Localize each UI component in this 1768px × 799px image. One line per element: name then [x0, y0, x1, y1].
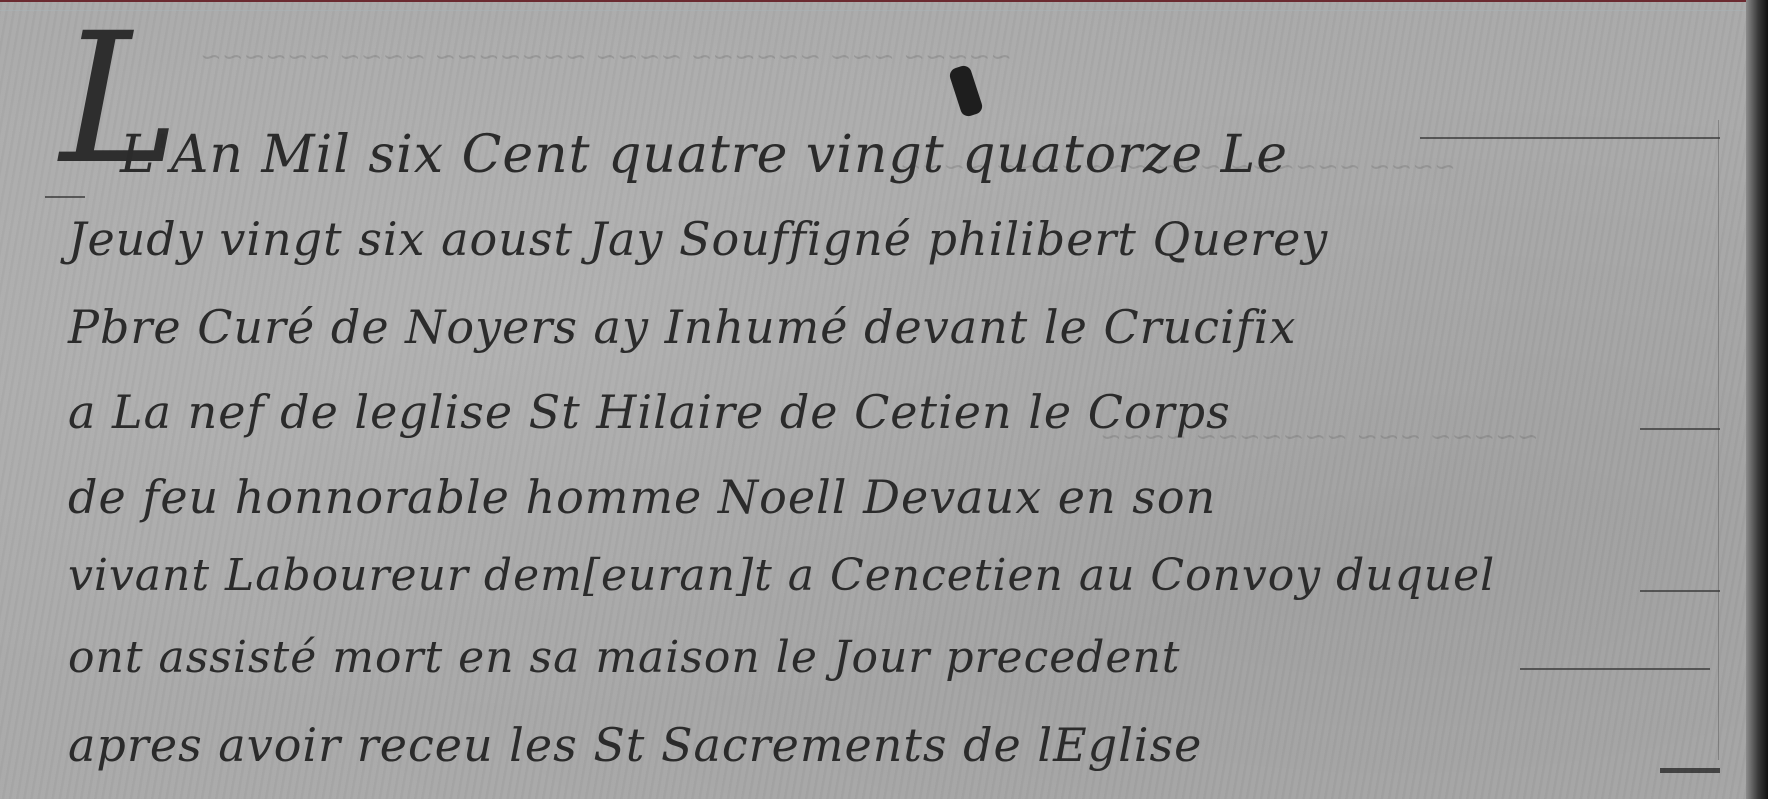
text-line-6: vivant Laboureur dem[euran]t a Cencetien… [68, 550, 1495, 601]
text-line-8: apres avoir receu les St Sacrements de l… [68, 718, 1202, 772]
text-line-7: ont assisté mort en sa maison le Jour pr… [68, 632, 1180, 683]
text-line-3: Pbre Curé de Noyers ay Inhumé devant le … [68, 300, 1296, 354]
margin-line [1718, 120, 1719, 760]
top-border [0, 0, 1768, 2]
line-end-mark [1660, 768, 1720, 773]
line-filler-stroke [1420, 137, 1720, 139]
line-filler-stroke [1640, 428, 1720, 430]
top-guide-line [0, 10, 1768, 11]
bleed-through-text: ~~~~~ ~~~ ~~~~~~ ~~~~ ~~~~~~~ ~~~~ ~~~~~… [200, 42, 1012, 72]
text-line-1: L'An Mil six Cent quatre vingt quatorze … [120, 125, 1288, 185]
text-line-5: de feu honnorable homme Noell Devaux en … [68, 470, 1216, 524]
text-line-4: a La nef de leglise St Hilaire de Cetien… [68, 385, 1231, 439]
line-filler-stroke [1640, 590, 1720, 592]
pen-stroke [45, 196, 85, 198]
line-filler-stroke [1520, 668, 1710, 670]
page-edge-shadow [1746, 0, 1768, 799]
text-line-2: Jeudy vingt six aoust Jay Souffigné phil… [68, 212, 1328, 266]
